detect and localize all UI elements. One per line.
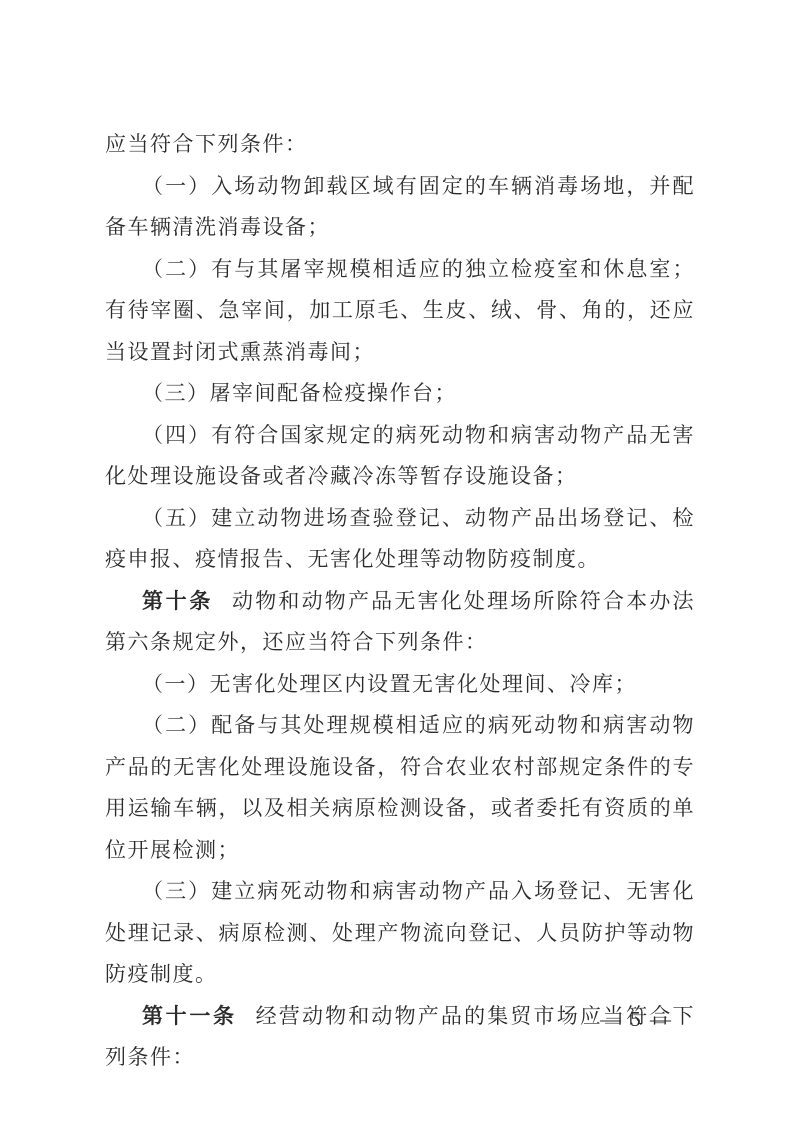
article-11-number: 第十一条 — [142, 1004, 237, 1028]
item-1-disposal-zone: （一）无害化处理区内设置无害化处理间、冷库； — [105, 664, 695, 706]
item-1-unloading-area: （一）入场动物卸载区域有固定的车辆消毒场地，并配备车辆清洗消毒设备； — [105, 166, 695, 249]
page-number: — 5 — — [600, 1007, 673, 1032]
item-5-registration-systems: （五）建立动物进场查验登记、动物产品出场登记、检疫申报、疫情报告、无害化处理等动… — [105, 498, 695, 581]
item-2-disposal-equipment: （二）配备与其处理规模相适应的病死动物和病害动物产品的无害化处理设施设备，符合农… — [105, 705, 695, 871]
document-page: 应当符合下列条件： （一）入场动物卸载区域有固定的车辆消毒场地，并配备车辆清洗消… — [0, 0, 793, 1122]
article-10-number: 第十条 — [142, 589, 213, 613]
item-2-quarantine-rooms: （二）有与其屠宰规模相适应的独立检疫室和休息室；有待宰圈、急宰间，加工原毛、生皮… — [105, 249, 695, 374]
item-3-disposal-records: （三）建立病死动物和病害动物产品入场登记、无害化处理记录、病原检测、处理产物流向… — [105, 871, 695, 996]
paragraph-continuation: 应当符合下列条件： — [105, 124, 695, 166]
item-3-inspection-platform: （三）屠宰间配备检疫操作台； — [105, 373, 695, 415]
article-10-paragraph: 第十条动物和动物产品无害化处理场所除符合本办法第六条规定外，还应当符合下列条件： — [105, 581, 695, 664]
document-text-block: 应当符合下列条件： （一）入场动物卸载区域有固定的车辆消毒场地，并配备车辆清洗消… — [105, 124, 695, 1079]
item-4-disposal-facilities: （四）有符合国家规定的病死动物和病害动物产品无害化处理设施设备或者冷藏冷冻等暂存… — [105, 415, 695, 498]
